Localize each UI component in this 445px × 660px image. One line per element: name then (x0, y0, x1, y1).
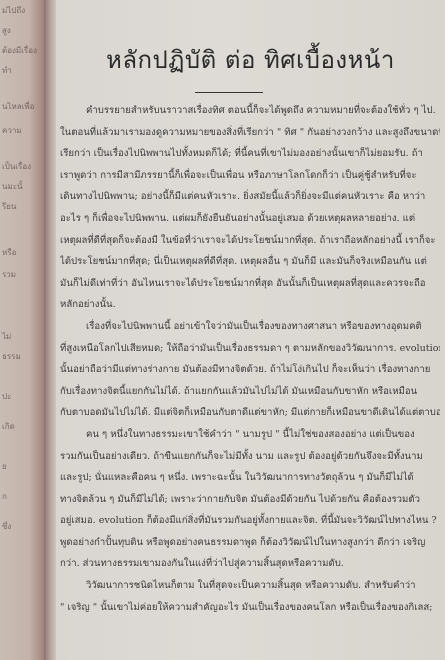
text-line: เหตุผลที่ดีที่สุดก็จะต้องมี ในข้อที่ว่าเ… (60, 230, 440, 252)
facing-page-fragment: ความ (2, 124, 22, 137)
facing-page-fragment: หรือ (2, 246, 16, 259)
facing-page-fragment: รวม (2, 268, 16, 281)
facing-page-fragment: นไหลเพื่อ (2, 100, 34, 113)
facing-page-fragment: ธรรม (2, 350, 21, 363)
text-line: นั้นอย่าถือว่ามีแต่ทางร่างกาย มันต้องมีท… (60, 359, 440, 381)
facing-page-fragment: ซึ่ง (2, 520, 11, 533)
body-text: คำบรรยายสำหรับนราวาสเรื่องทิศ ตอนนี้ก็จะ… (60, 100, 440, 618)
facing-page-fragment: ม่ไปถึง (2, 4, 25, 17)
facing-page-fragment: ปะ (2, 390, 11, 403)
paragraph: วิวัฒนาการชนิดไหนก็ตาม ในที่สุดจะเป็นควา… (60, 575, 440, 618)
text-line: รวมกันเป็นอย่างเดียว. ถ้าขืนแยกกันก็จะไม… (60, 446, 440, 468)
text-line: เรียกว่า เป็นเรื่องไปนิพพานไปทั้งหมดก็ได… (60, 143, 440, 165)
facing-page-fragment: สูง (2, 24, 11, 37)
text-line: และรูป; นั่นแหละคือคน ๆ หนึ่ง. เพราะฉะนั… (60, 467, 440, 489)
text-line: คน ๆ หนึ่งในทางธรรมะเขาใช้คำว่า " นามรูป… (60, 424, 440, 446)
facing-page-fragment: เป็นเรื่อง (2, 160, 31, 173)
text-line: มันก็ไม่ดีเท่าที่ว่า อันไหนเราจะได้ประโย… (60, 273, 440, 295)
text-line: " เจริญ " นั้นเขาไม่ค่อยให้ความสำคัญอะไร… (60, 597, 440, 619)
text-line: กับเรื่องทางจิตนี้แยกกันไม่ได้. ถ้าแยกกั… (60, 381, 440, 403)
text-line: อะไร ๆ ก็เพื่อจะไปนิพพาน. แต่ผมก็ยังยืนย… (60, 208, 440, 230)
facing-page-fragment: รียน (2, 200, 16, 213)
title-underline (195, 92, 263, 93)
text-line: อยู่เสมอ. evolution ก็ต้องมีแก่สิ่งที่มั… (60, 510, 440, 532)
text-line: หลักอย่างนั้น. (60, 294, 440, 316)
facing-page-fragment: ย (2, 460, 7, 473)
text-line: เราพูดว่า การมีสามีภรรยานี้ก็เพื่อจะเป็น… (60, 165, 440, 187)
facing-page-fragment: เกิด (2, 420, 15, 433)
text-line: กับตาบอดมันไปไม่ได้. มีแต่จิตก็เหมือนกับ… (60, 402, 440, 424)
paragraph: เรื่องที่จะไปนิพพานนี้ อย่าเข้าใจว่ามันเ… (60, 316, 440, 424)
text-line: กว่า. ส่วนทางธรรมเขามองกันในแง่ที่ว่าไปส… (60, 553, 440, 575)
text-line: ในตอนที่แล้วมาเรามองดูความหมายของสิ่งที่… (60, 122, 440, 144)
facing-page-fragment: นมะนั้ (2, 180, 23, 193)
page-title: หลักปฏิบัติ ต่อ ทิศเบื้องหน้า (106, 40, 426, 79)
text-line: ทางจิตล้วน ๆ มันก็มีไม่ได้; เพราะว่ากายก… (60, 489, 440, 511)
text-line: ได้ประโยชน์มากที่สุด; นี่เป็นเหตุผลที่ดี… (60, 251, 440, 273)
text-line: คำบรรยายสำหรับนราวาสเรื่องทิศ ตอนนี้ก็จะ… (60, 100, 440, 122)
text-line: พูดอย่างกำปั้นทุบดิน หรือพูดอย่างคนธรรมด… (60, 532, 440, 554)
facing-page-fragment: ทำ (2, 64, 12, 77)
book-page: หลักปฏิบัติ ต่อ ทิศเบื้องหน้า คำบรรยายสำ… (56, 0, 445, 660)
text-line: เดินทางไปนิพพาน; อย่างนี้ก็มีแต่คนหัวเรา… (60, 186, 440, 208)
paragraph: คำบรรยายสำหรับนราวาสเรื่องทิศ ตอนนี้ก็จะ… (60, 100, 440, 316)
facing-page-fragment: ก (2, 490, 7, 503)
text-line: ที่สูงเหนือโลกไปเสียหมด; ให้ถือว่ามันเป็… (60, 338, 440, 360)
text-line: วิวัฒนาการชนิดไหนก็ตาม ในที่สุดจะเป็นควา… (60, 575, 440, 597)
facing-page-fragment: ต้องมีเรื่อง (2, 44, 37, 57)
facing-page-edge: ม่ไปถึงสูงต้องมีเรื่องทำนไหลเพื่อความเป็… (0, 0, 48, 660)
facing-page-fragment: ไม่ (2, 330, 11, 343)
text-line: เรื่องที่จะไปนิพพานนี้ อย่าเข้าใจว่ามันเ… (60, 316, 440, 338)
paragraph: คน ๆ หนึ่งในทางธรรมะเขาใช้คำว่า " นามรูป… (60, 424, 440, 575)
